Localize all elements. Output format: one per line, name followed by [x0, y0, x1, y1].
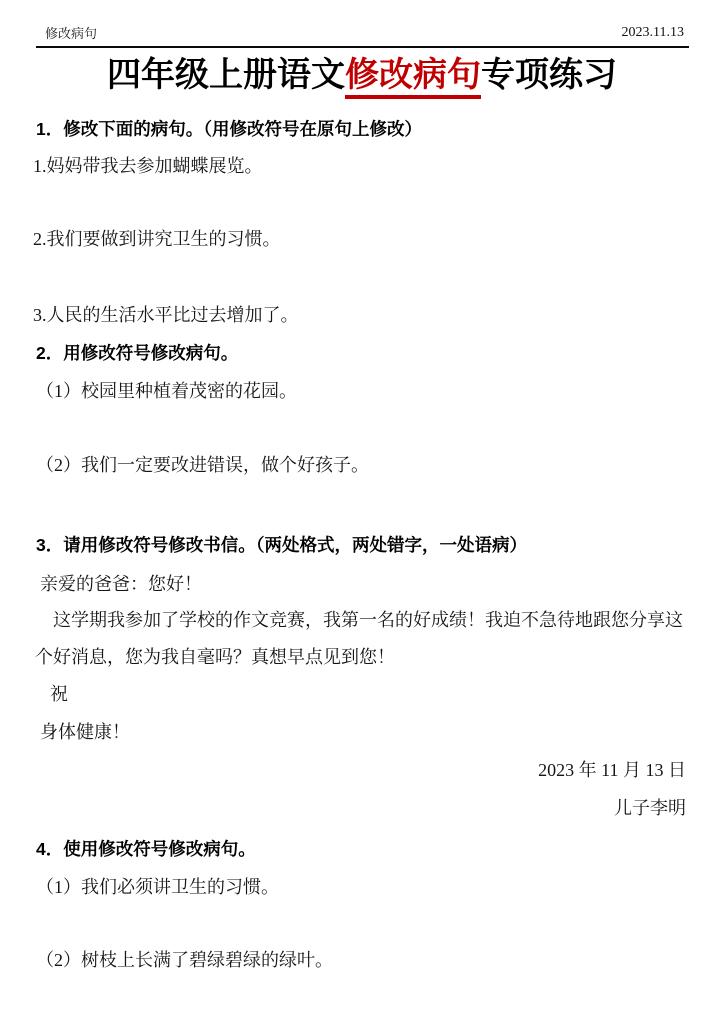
exercise-4-sentence-1: （1）我们必须讲卫生的习惯。 — [36, 877, 279, 898]
page-title-suffix: 专项练习 — [481, 56, 617, 94]
header-divider — [36, 46, 689, 48]
exercise-3-heading: 3．请用修改符号修改书信。（两处格式，两处错字，一处语病） — [36, 535, 527, 556]
letter-body-line-1: 这学期我参加了学校的作文竞赛，我第一名的好成绩！我迫不急待地跟您分享这 — [53, 610, 683, 631]
letter-wish-word: 祝 — [50, 684, 68, 705]
letter-date: 2023 年 11 月 13 日 — [538, 760, 686, 781]
exercise-4-heading: 4．使用修改符号修改病句。 — [36, 839, 256, 860]
letter-signature: 儿子李明 — [614, 798, 686, 819]
page-title-prefix: 四年级上册语文 — [107, 56, 345, 94]
exercise-1-sentence-2: 2.我们要做到讲究卫生的习惯。 — [33, 229, 281, 250]
letter-wish-body: 身体健康！ — [40, 722, 130, 743]
letter-body-line-2: 个好消息，您为我自毫吗？真想早点见到您！ — [35, 647, 395, 668]
exercise-1-sentence-1: 1.妈妈带我去参加蝴蝶展览。 — [33, 156, 263, 177]
header-date: 2023.11.13 — [622, 25, 684, 42]
letter-salutation: 亲爱的爸爸：您好！ — [40, 574, 202, 595]
exercise-2-sentence-2: （2）我们一定要改进错误，做个好孩子。 — [36, 455, 369, 476]
exercise-1-sentence-3: 3.人民的生活水平比过去增加了。 — [33, 305, 299, 326]
worksheet-page: 修改病句 2023.11.13 四年级上册语文修改病句专项练习 1．修改下面的病… — [0, 0, 724, 1024]
exercise-2-sentence-1: （1）校园里种植着茂密的花园。 — [36, 381, 297, 402]
exercise-1-heading: 1．修改下面的病句。（用修改符号在原句上修改） — [36, 119, 422, 140]
header-document-title: 修改病句 — [45, 26, 97, 41]
page-title: 四年级上册语文修改病句专项练习 — [0, 55, 724, 95]
exercise-2-heading: 2．用修改符号修改病句。 — [36, 343, 238, 364]
page-title-highlight: 修改病句 — [345, 56, 481, 99]
exercise-4-sentence-2: （2）树枝上长满了碧绿碧绿的绿叶。 — [36, 950, 333, 971]
